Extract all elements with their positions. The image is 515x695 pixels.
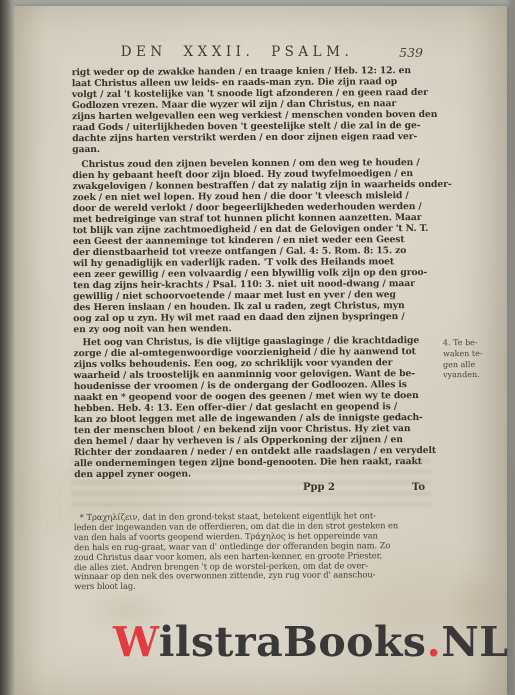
page-number: 539 [399, 45, 423, 60]
watermark-middle: ilstraBooks [159, 618, 427, 666]
paragraph-1: rigt weder op de zwakke handen / en traa… [72, 65, 443, 155]
signature-row: Ppp 2 To [73, 482, 441, 495]
text-line: oog zal op u zyn. Hy wil met raad en daa… [73, 311, 443, 324]
catchword: To [412, 482, 425, 493]
text-line: vyanden. [443, 370, 513, 381]
text-line: alle ondernemingen tegen zijne bond-geno… [74, 456, 444, 469]
psalm-heading: DEN XXXII. PSALM. [73, 44, 401, 60]
text-line: gaan. [72, 142, 442, 155]
watermark-dot: . [427, 618, 442, 666]
margin-note: 4. Te be-waken te-gen allevyanden. [443, 338, 513, 382]
book-gutter-shadow [0, 0, 15, 695]
quire-signature: Ppp 2 [303, 482, 335, 493]
page-header: DEN XXXII. PSALM. 539 [73, 44, 441, 62]
text-line: en zy oog noit van hen wenden. [73, 322, 443, 335]
footnote-block: * Τραχηλίζειν, dat in den grond-tekst st… [74, 511, 446, 593]
text-line: dachte zijns harten verstrikt werden / e… [72, 131, 442, 144]
paragraph-2: Christus zoud den zijnen bevelen konnen … [72, 157, 443, 335]
text-line: gen alle [443, 359, 513, 370]
paper-stain [443, 566, 503, 646]
text-line: den appel zyner oogen. [74, 467, 444, 480]
text-line: 4. Te be- [443, 338, 513, 349]
book-page: DEN XXXII. PSALM. 539 rigt weder op de z… [13, 6, 507, 695]
scanned-book-page-photo: DEN XXXII. PSALM. 539 rigt weder op de z… [0, 0, 515, 695]
paper-stain [83, 586, 173, 636]
paragraph-3: Het oog van Christus, is die vlijtige ga… [73, 335, 444, 480]
page-edge-shadow [506, 0, 515, 695]
main-text-block: rigt weder op de zwakke handen / en traa… [72, 65, 445, 480]
text-line: waken te- [443, 349, 513, 360]
